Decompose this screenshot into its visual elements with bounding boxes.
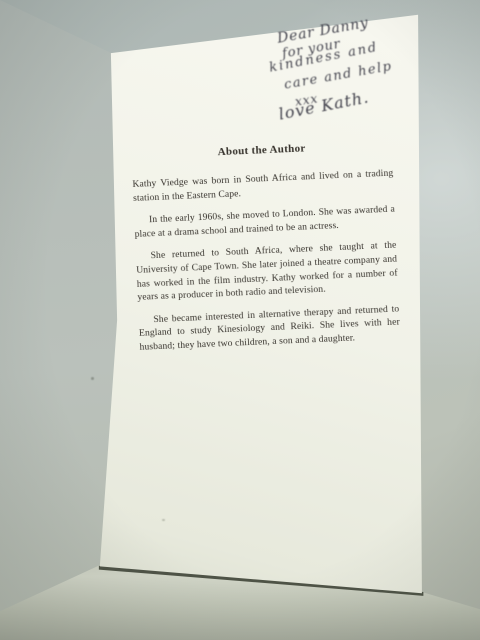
paper-speck xyxy=(91,377,94,380)
author-paragraph: She returned to South Africa, where she … xyxy=(135,239,398,305)
author-paragraph: Kathy Viedge was born in South Africa an… xyxy=(132,167,394,206)
author-paragraph: In the early 1960s, she moved to London.… xyxy=(134,203,396,242)
about-the-author-text: About the Author Kathy Viedge was born i… xyxy=(131,139,401,364)
book-photo: Dear Danny for your kindness and care an… xyxy=(0,0,480,640)
paper-speck xyxy=(162,519,165,521)
author-paragraph: She became interested in alternative the… xyxy=(138,302,401,354)
